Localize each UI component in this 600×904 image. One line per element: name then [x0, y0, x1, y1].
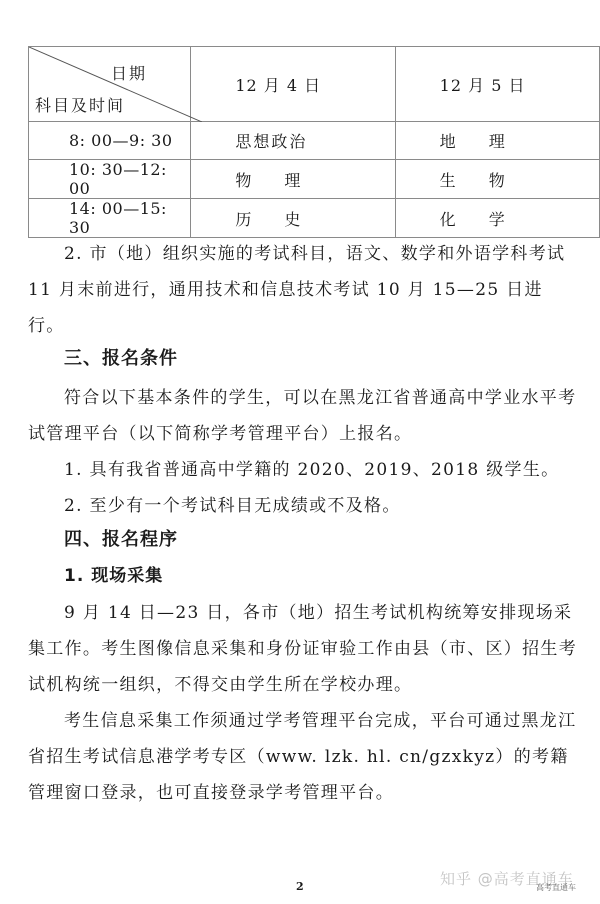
watermark-subtext: 高考直通车: [536, 882, 576, 893]
subject-day1: 历 史: [191, 199, 395, 238]
table-row: 10: 30—12: 00 物 理 生 物: [29, 160, 600, 199]
section-heading-registration-conditions: 三、报名条件: [64, 344, 178, 370]
platform-paragraph: 考生信息采集工作须通过学考管理平台完成，平台可通过黑龙江省招生考试信息港学考专区…: [28, 703, 578, 811]
section-heading-registration-procedure: 四、报名程序: [64, 525, 178, 551]
date-axis-label: 日期: [111, 61, 147, 84]
time-slot: 8: 00—9: 30: [29, 122, 191, 160]
time-slot: 10: 30—12: 00: [29, 160, 191, 199]
subject-day2: 地 理: [395, 122, 599, 160]
subheading-onsite-collection: 1. 现场采集: [64, 561, 163, 586]
condition-2-paragraph: 2. 至少有一个考试科目无成绩或不及格。: [28, 488, 578, 524]
subject-day2: 生 物: [395, 160, 599, 199]
date-header-day1: 12 月 4 日: [191, 47, 395, 122]
subject-time-axis-label: 科目及时间: [35, 93, 125, 116]
table-row: 8: 00—9: 30 思想政治 地 理: [29, 122, 600, 160]
collection-paragraph: 9 月 14 日—23 日，各市（地）招生考试机构统筹安排现场采集工作。考生图像…: [28, 595, 578, 703]
date-header-day2: 12 月 5 日: [395, 47, 599, 122]
table-header-row: 日期 科目及时间 12 月 4 日 12 月 5 日: [29, 47, 600, 122]
subject-day2: 化 学: [395, 199, 599, 238]
subject-day1: 物 理: [191, 160, 395, 199]
exam-note-paragraph: 2. 市（地）组织实施的考试科目，语文、数学和外语学科考试 11 月末前进行，通…: [28, 236, 578, 344]
exam-schedule-table: 日期 科目及时间 12 月 4 日 12 月 5 日 8: 00—9: 30 思…: [28, 46, 600, 238]
page-number: 2: [296, 880, 304, 893]
conditions-intro-paragraph: 符合以下基本条件的学生，可以在黑龙江省普通高中学业水平考试管理平台（以下简称学考…: [28, 380, 578, 452]
corner-header-cell: 日期 科目及时间: [29, 47, 191, 122]
subject-day1: 思想政治: [191, 122, 395, 160]
table-row: 14: 00—15: 30 历 史 化 学: [29, 199, 600, 238]
condition-1-paragraph: 1. 具有我省普通高中学籍的 2020、2019、2018 级学生。: [28, 452, 578, 488]
time-slot: 14: 00—15: 30: [29, 199, 191, 238]
